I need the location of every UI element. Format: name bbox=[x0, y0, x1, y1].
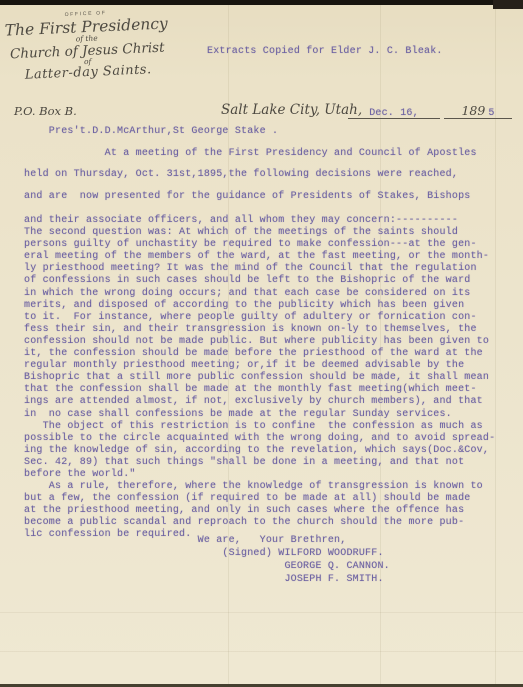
scan-edge-corner bbox=[493, 0, 523, 9]
typed-line: GEORGE Q. CANNON. bbox=[24, 561, 390, 574]
typed-line: The object of this restriction is to con… bbox=[24, 421, 495, 433]
typed-line: As a rule, therefore, where the knowledg… bbox=[24, 481, 495, 493]
dateline-date-blank: Dec. 16, bbox=[348, 102, 440, 119]
extracts-copied-note: Extracts Copied for Elder J. C. Bleak. bbox=[207, 46, 443, 57]
fold-crease-horizontal bbox=[0, 651, 523, 652]
typed-line: JOSEPH F. SMITH. bbox=[24, 574, 390, 587]
fold-crease-horizontal bbox=[0, 612, 523, 613]
scan-edge-top bbox=[0, 0, 523, 5]
dateline-year-printed: 189 bbox=[461, 103, 485, 118]
typed-line: in no case shall confessions be made at … bbox=[24, 409, 495, 421]
dateline-year-blank: 1895 bbox=[444, 102, 512, 119]
typed-line: that the confession shall be made at the… bbox=[24, 384, 495, 396]
typed-line: Pres't.D.D.McArthur,St George Stake . bbox=[24, 126, 477, 148]
typed-line: ing the knowledge of sin, according to t… bbox=[24, 445, 495, 457]
typed-line: and are now presented for the guidance o… bbox=[24, 191, 477, 213]
letter-closing-block: We are, Your Brethren, (Signed) WILFORD … bbox=[24, 535, 390, 587]
typed-line: possible to the circle acquainted with t… bbox=[24, 433, 495, 445]
typed-line: We are, Your Brethren, bbox=[24, 535, 390, 548]
typed-line: ly priesthood meeting? It was the mind o… bbox=[24, 263, 495, 275]
typed-line: At a meeting of the First Presidency and… bbox=[24, 148, 477, 170]
typed-line: become a public scandal and reproach to … bbox=[24, 517, 495, 529]
typed-line: and their associate officers, and all wh… bbox=[24, 215, 495, 227]
letter-body-block: and their associate officers, and all wh… bbox=[24, 215, 495, 542]
typed-line: held on Thursday, Oct. 31st,1895,the fol… bbox=[24, 169, 477, 191]
typed-line: persons guilty of unchastity be required… bbox=[24, 239, 495, 251]
po-box-label: P.O. Box B. bbox=[14, 104, 77, 118]
letter-intro-block: Pres't.D.D.McArthur,St George Stake . At… bbox=[24, 126, 477, 212]
typed-line: ings are attended almost, if not, exclus… bbox=[24, 396, 495, 408]
typed-line: Sec. 42, 89) that such things "shall be … bbox=[24, 457, 495, 469]
typed-line: but a few, the confession (if required t… bbox=[24, 493, 495, 505]
typed-line: eral meeting of the members of the ward,… bbox=[24, 251, 495, 263]
typed-line: it, the confession should be made before… bbox=[24, 348, 495, 360]
dateline-place: Salt Lake City, Utah, bbox=[221, 102, 362, 118]
typed-line: confession should not be made public. Bu… bbox=[24, 336, 495, 348]
dateline-date-typed: Dec. 16, bbox=[369, 108, 419, 119]
typed-line: fess their sin, and their transgression … bbox=[24, 324, 495, 336]
dateline-year-typed: 5 bbox=[488, 108, 494, 119]
typed-line: Bishopric that a still more public confe… bbox=[24, 372, 495, 384]
scanned-letter-page: OFFICE OF The First Presidency of the Ch… bbox=[0, 0, 523, 687]
typed-line: in which the wrong doing occurs; and tha… bbox=[24, 288, 495, 300]
typed-line: before the world." bbox=[24, 469, 495, 481]
typed-line: of confessions in such cases should be l… bbox=[24, 275, 495, 287]
typed-line: regular monthly priesthood meeting; or,i… bbox=[24, 360, 495, 372]
typed-line: (Signed) WILFORD WOODRUFF. bbox=[24, 548, 390, 561]
typed-line: The second question was: At which of the… bbox=[24, 227, 495, 239]
typed-line: to it. For instance, where people guilty… bbox=[24, 312, 495, 324]
typed-line: at the priesthood meeting, and only in s… bbox=[24, 505, 495, 517]
typed-line: merits, and disposed of according to the… bbox=[24, 300, 495, 312]
letterhead: OFFICE OF The First Presidency of the Ch… bbox=[3, 7, 172, 83]
